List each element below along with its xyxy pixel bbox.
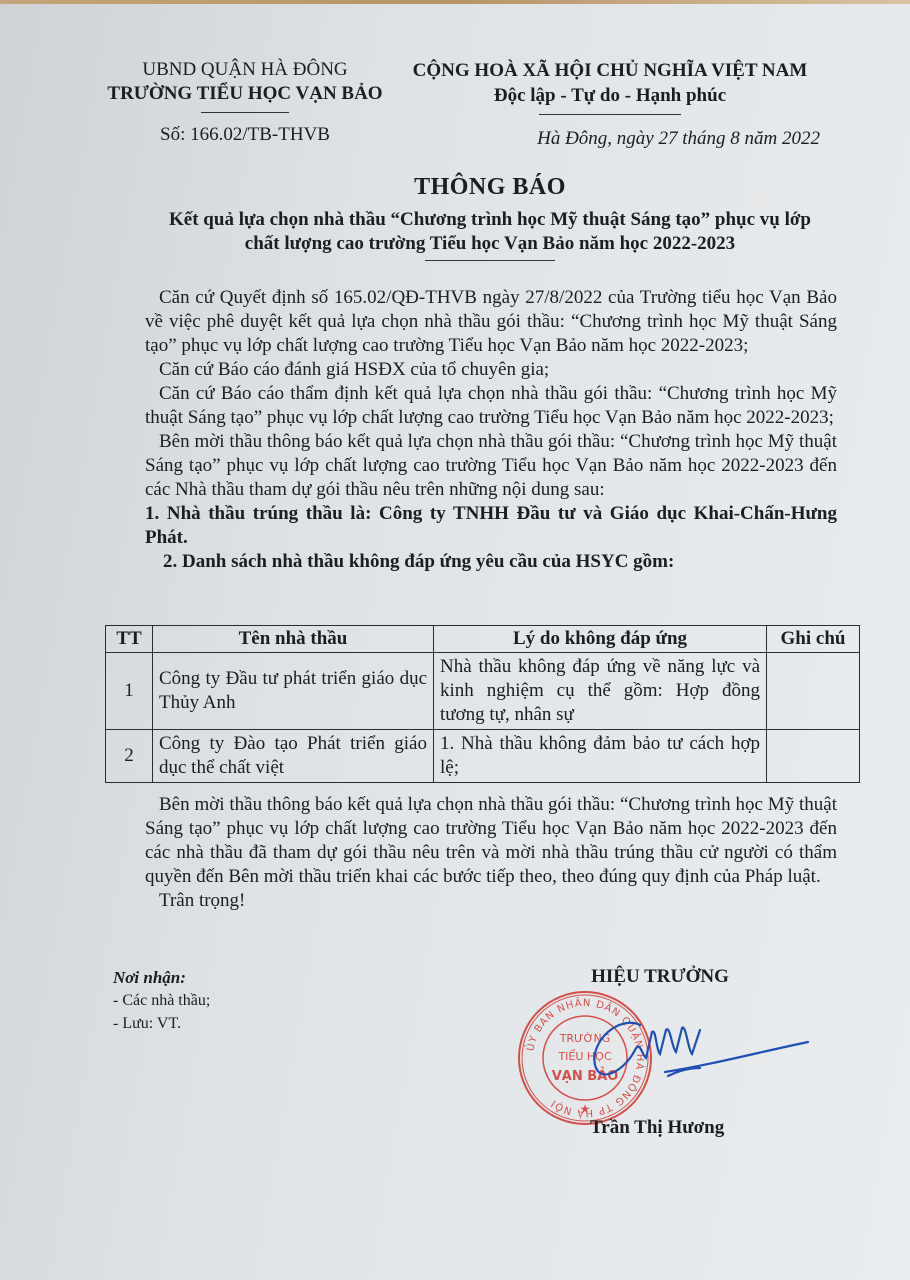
document-title: THÔNG BÁO	[130, 174, 850, 201]
table-row: 1 Công ty Đầu tư phát triển giáo dục Thủ…	[106, 653, 860, 730]
col-header-reason: Lý do không đáp ứng	[434, 626, 767, 653]
svg-text:★: ★	[580, 1102, 591, 1116]
divider	[539, 114, 681, 115]
cell-reason: 1. Nhà thầu không đảm bảo tư cách hợp lệ…	[434, 730, 767, 783]
recipients-label: Nơi nhận:	[113, 966, 210, 989]
subtitle-line-2: chất lượng cao trường Tiểu học Vạn Bảo n…	[130, 232, 850, 256]
motto: Độc lập - Tự do - Hạnh phúc	[395, 83, 825, 108]
subtitle-line-1: Kết quả lựa chọn nhà thầu “Chương trình …	[130, 208, 850, 232]
table-row: 2 Công ty Đào tạo Phát triển giáo dục th…	[106, 730, 860, 783]
recipient-item: - Các nhà thầu;	[113, 989, 210, 1012]
closing-paragraph: Bên mời thầu thông báo kết quả lựa chọn …	[145, 793, 837, 889]
regards: Trân trọng!	[145, 889, 837, 913]
handwritten-signature-icon	[580, 1010, 810, 1090]
list-heading: 2. Danh sách nhà thầu không đáp ứng yêu …	[145, 550, 837, 574]
signer-title: HIỆU TRƯỞNG	[560, 966, 760, 988]
authority-district: UBND QUẬN HÀ ĐÔNG	[100, 58, 390, 82]
document-page: UBND QUẬN HÀ ĐÔNG TRƯỜNG TIỂU HỌC VẠN BẢ…	[0, 0, 910, 1280]
table-header-row: TT Tên nhà thầu Lý do không đáp ứng Ghi …	[106, 626, 860, 653]
cell-note	[767, 730, 860, 783]
non-compliant-bidders-table: TT Tên nhà thầu Lý do không đáp ứng Ghi …	[105, 625, 860, 783]
paragraph: Căn cứ Báo cáo thẩm định kết quả lựa chọ…	[145, 382, 837, 430]
document-number: Số: 166.02/TB-THVB	[100, 124, 390, 146]
issuing-authority: UBND QUẬN HÀ ĐÔNG TRƯỜNG TIỂU HỌC VẠN BẢ…	[100, 58, 390, 113]
col-header-note: Ghi chú	[767, 626, 860, 653]
cell-bidder-name: Công ty Đào tạo Phát triển giáo dục thể …	[153, 730, 434, 783]
closing-section: Bên mời thầu thông báo kết quả lựa chọn …	[145, 793, 837, 913]
national-motto: CỘNG HOÀ XÃ HỘI CHỦ NGHĨA VIỆT NAM Độc l…	[395, 58, 825, 115]
document-subtitle: Kết quả lựa chọn nhà thầu “Chương trình …	[130, 208, 850, 261]
recipient-item: - Lưu: VT.	[113, 1012, 210, 1035]
recipients-block: Nơi nhận: - Các nhà thầu; - Lưu: VT.	[113, 966, 210, 1035]
cell-reason: Nhà thầu không đáp ứng về năng lực và ki…	[434, 653, 767, 730]
country-name: CỘNG HOÀ XÃ HỘI CHỦ NGHĨA VIỆT NAM	[395, 58, 825, 83]
document-body: Căn cứ Quyết định số 165.02/QĐ-THVB ngày…	[145, 286, 837, 574]
document-date: Hà Đông, ngày 27 tháng 8 năm 2022	[480, 128, 820, 150]
cell-tt: 1	[106, 653, 153, 730]
paragraph: Bên mời thầu thông báo kết quả lựa chọn …	[145, 430, 837, 502]
cell-note	[767, 653, 860, 730]
cell-bidder-name: Công ty Đầu tư phát triển giáo dục Thủy …	[153, 653, 434, 730]
col-header-tt: TT	[106, 626, 153, 653]
divider	[425, 260, 555, 261]
authority-school: TRƯỜNG TIỂU HỌC VẠN BẢO	[100, 82, 390, 106]
col-header-name: Tên nhà thầu	[153, 626, 434, 653]
cell-tt: 2	[106, 730, 153, 783]
paragraph: Căn cứ Quyết định số 165.02/QĐ-THVB ngày…	[145, 286, 837, 358]
signer-name: Trần Thị Hương	[590, 1117, 724, 1139]
paragraph: Căn cứ Báo cáo đánh giá HSĐX của tổ chuy…	[145, 358, 837, 382]
winner-statement: 1. Nhà thầu trúng thầu là: Công ty TNHH …	[145, 502, 837, 550]
divider	[201, 112, 289, 113]
